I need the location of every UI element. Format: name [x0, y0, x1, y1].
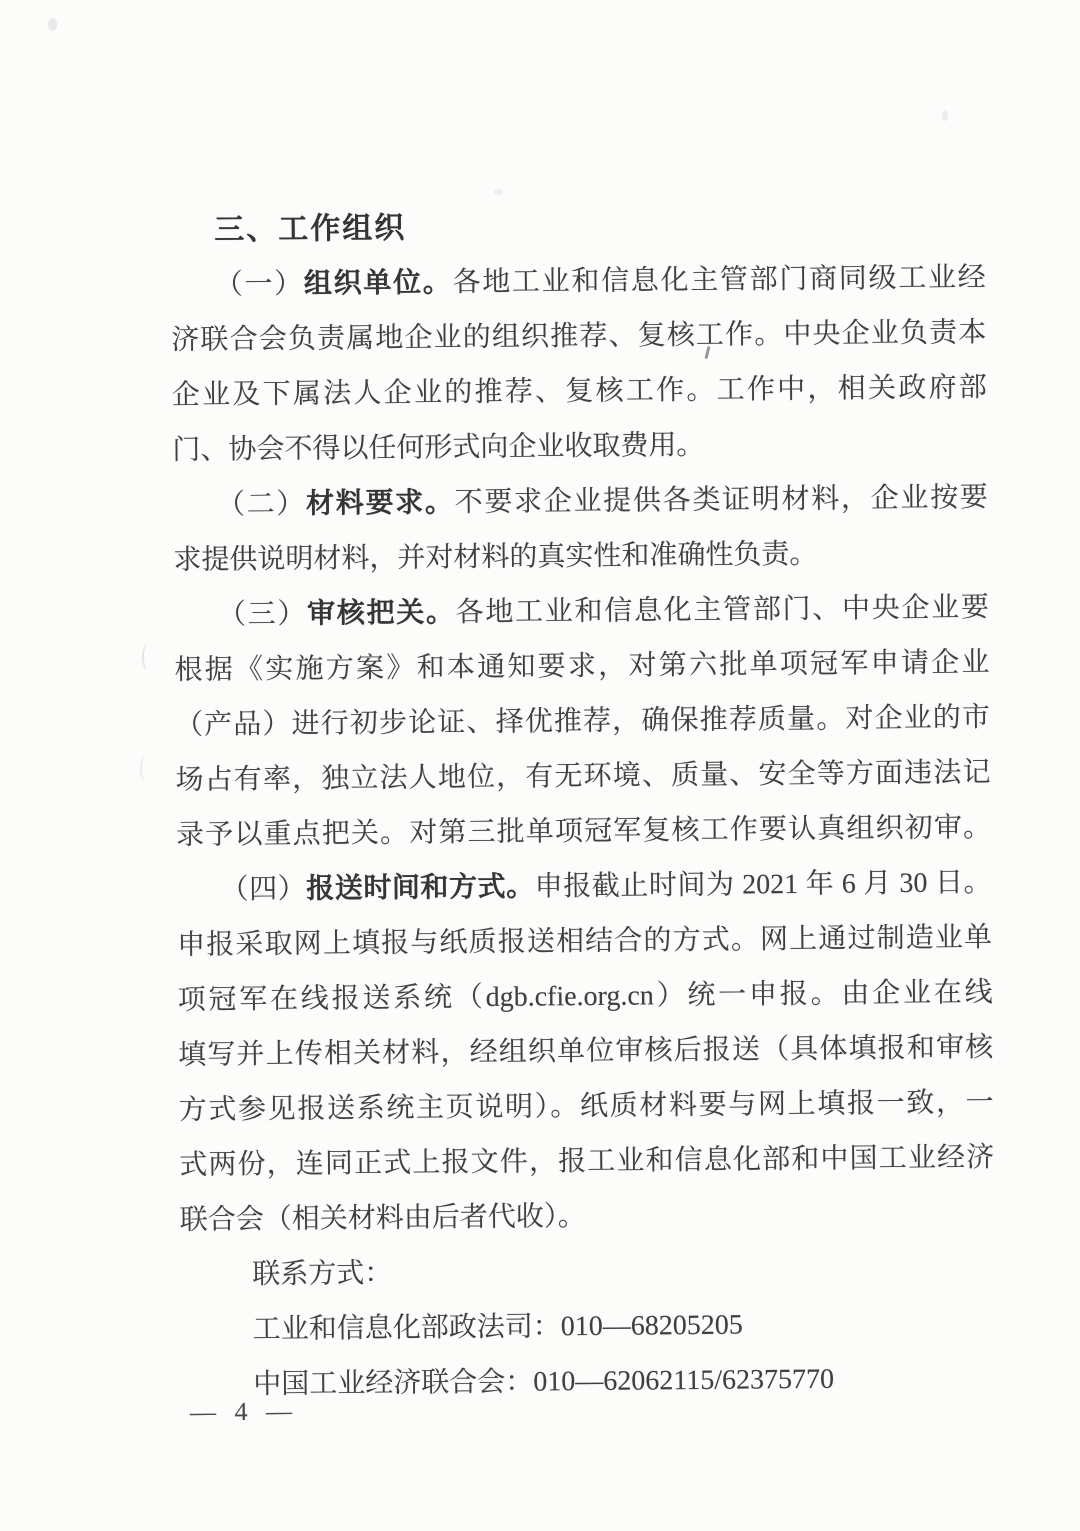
- contact-line-cfie: 中国工业经济联合会：010—62062115/62375770: [181, 1350, 996, 1413]
- text-line: 联合会（相关材料由后者代收）。: [180, 1185, 995, 1248]
- body-text: 求提供说明材料，并对材料的真实性和准确性负责。: [173, 539, 817, 576]
- body-text: 项冠军在线报送系统（dgb.cfie.org.cn）统一申报。由企业在线: [178, 977, 993, 1016]
- body-text: 填写并上传相关材料，经组织单位审核后报送（具体填报和审核: [178, 1032, 993, 1071]
- text-line: 方式参见报送系统主页说明）。纸质材料要与网上填报一致，一: [178, 1075, 993, 1138]
- body-text: （二）: [217, 489, 306, 521]
- body-text: 式两份，连同正式上报文件，报工业和信息化部和中国工业经济: [179, 1142, 994, 1181]
- emphasis-text: 报送时间和方式。: [306, 872, 535, 905]
- body-text: 各地工业和信息化主管部门商同级工业经: [452, 262, 985, 298]
- body-text: 各地工业和信息化主管部门、中央企业要: [456, 592, 989, 628]
- emphasis-text: 材料要求。: [306, 487, 455, 519]
- contact-heading: 联系方式：: [180, 1240, 995, 1303]
- text-line: 录予以重点把关。对第三批单项冠军复核工作要认真组织初审。: [176, 800, 991, 863]
- document-body: 三、工作组织（一）组织单位。各地工业和信息化主管部门商同级工业经济联合会负责属地…: [170, 195, 997, 1413]
- text-line: 求提供说明材料，并对材料的真实性和准确性负责。: [173, 525, 988, 588]
- body-text: 中国工业经济联合会：010—62062115/62375770: [253, 1364, 834, 1401]
- text-line: 门、协会不得以任何形式向企业收取费用。: [172, 415, 987, 478]
- text-line: 企业及下属法人企业的推荐、复核工作。工作中，相关政府部: [172, 360, 987, 423]
- scan-speck: [48, 18, 57, 31]
- body-text: （产品）进行初步论证、择优推荐，确保推荐质量。对企业的市: [175, 702, 990, 741]
- body-text: （四）: [220, 874, 306, 906]
- scan-bleedthrough-mark: [140, 756, 151, 782]
- contact-line-miit: 工业和信息化部政法司：010—68205205: [181, 1295, 996, 1358]
- document-page: 三、工作组织（一）组织单位。各地工业和信息化主管部门商同级工业经济联合会负责属地…: [0, 0, 1080, 1531]
- body-text: （一）: [215, 269, 304, 301]
- body-text: 申报截止时间为 2021 年 6 月 30 日。: [535, 867, 992, 902]
- document-lines: 三、工作组织（一）组织单位。各地工业和信息化主管部门商同级工业经济联合会负责属地…: [170, 195, 997, 1413]
- body-text: （三）: [218, 599, 307, 631]
- text-line: （四）报送时间和方式。申报截止时间为 2021 年 6 月 30 日。: [176, 855, 991, 918]
- text-line: （产品）进行初步论证、择优推荐，确保推荐质量。对企业的市: [175, 690, 990, 753]
- text-line: （二）材料要求。不要求企业提供各类证明材料，企业按要: [173, 470, 988, 533]
- text-line: （三）审核把关。各地工业和信息化主管部门、中央企业要: [174, 580, 989, 643]
- emphasis-text: 组织单位。: [304, 267, 453, 299]
- text-line: 式两份，连同正式上报文件，报工业和信息化部和中国工业经济: [179, 1130, 994, 1193]
- body-text: 不要求企业提供各类证明材料，企业按要: [454, 482, 987, 518]
- body-text: 申报采取网上填报与纸质报送相结合的方式。网上通过制造业单: [177, 922, 992, 961]
- body-text: 济联合会负责属地企业的组织推荐、复核工作。中央企业负责本: [171, 317, 986, 356]
- body-text: 企业及下属法人企业的推荐、复核工作。工作中，相关政府部: [172, 372, 987, 411]
- text-line: （一）组织单位。各地工业和信息化主管部门商同级工业经: [171, 250, 986, 313]
- scan-speck: [494, 189, 503, 195]
- emphasis-text: 审核把关。: [307, 597, 456, 629]
- text-line: 申报采取网上填报与纸质报送相结合的方式。网上通过制造业单: [177, 910, 992, 973]
- emphasis-text: 三、工作组织: [214, 212, 406, 247]
- text-line: 项冠军在线报送系统（dgb.cfie.org.cn）统一申报。由企业在线: [177, 965, 992, 1028]
- scan-bleedthrough-mark: [142, 644, 153, 670]
- scan-speck: [942, 110, 948, 121]
- body-text: 方式参见报送系统主页说明）。纸质材料要与网上填报一致，一: [179, 1087, 994, 1126]
- body-text: 场占有率，独立法人地位，有无环境、质量、安全等方面违法记: [175, 757, 990, 796]
- body-text: 联合会（相关材料由后者代收）。: [180, 1201, 586, 1236]
- page-number: — 4 —: [190, 1391, 298, 1432]
- text-line: 填写并上传相关材料，经组织单位审核后报送（具体填报和审核: [178, 1020, 993, 1083]
- section-heading: 三、工作组织: [170, 195, 985, 258]
- body-text: 门、协会不得以任何形式向企业收取费用。: [172, 430, 704, 466]
- body-text: 联系方式：: [252, 1258, 392, 1290]
- text-line: 根据《实施方案》和本通知要求，对第六批单项冠军申请企业: [174, 635, 989, 698]
- body-text: 录予以重点把关。对第三批单项冠军复核工作要认真组织初审。: [176, 812, 991, 851]
- text-line: 济联合会负责属地企业的组织推荐、复核工作。中央企业负责本: [171, 305, 986, 368]
- body-text: 根据《实施方案》和本通知要求，对第六批单项冠军申请企业: [174, 647, 989, 686]
- text-line: 场占有率，独立法人地位，有无环境、质量、安全等方面违法记: [175, 745, 990, 808]
- body-text: 工业和信息化部政法司：010—68205205: [253, 1310, 743, 1346]
